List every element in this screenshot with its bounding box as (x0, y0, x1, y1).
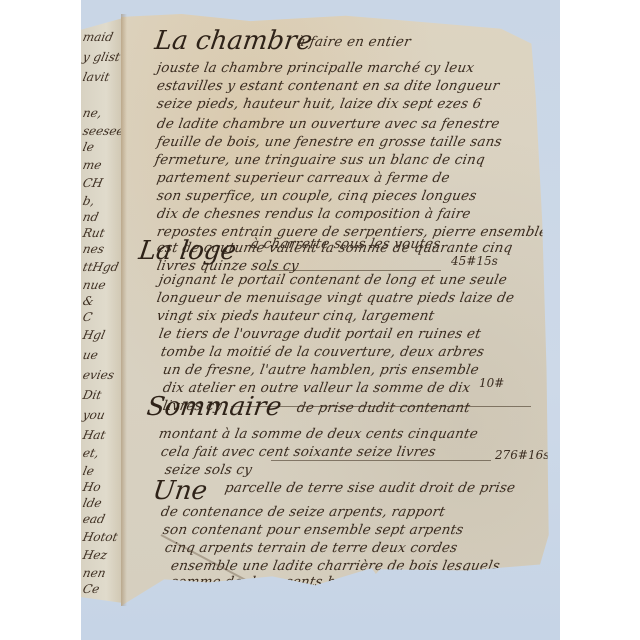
strip-line: & (82, 294, 96, 308)
strip-line: Ce (82, 582, 101, 596)
section-heading-une: Une (151, 476, 209, 506)
text-line: cela fait avec cent soixante seize livre… (160, 444, 437, 460)
strip-line: le (82, 464, 96, 478)
strip-line: C (82, 310, 94, 324)
text-line: le tiers de l'ouvrage dudit portail en r… (158, 326, 483, 342)
strip-line: ue (82, 348, 100, 362)
text-line: vingt six pieds hauteur cinq, largement (156, 308, 436, 324)
section-heading-chambre: La chambre (153, 26, 314, 56)
text-line: feuille de bois, une fenestre en grosse … (156, 134, 504, 150)
document-photo: maid y glist lavit ne, seesee le me CH b… (81, 0, 560, 640)
text-line: son contenant pour ensemble sept arpents (162, 522, 465, 538)
strip-line: lavit (82, 70, 111, 84)
text-line: jouste la chambre principalle marché cy … (156, 60, 476, 76)
amount: 276#16s (495, 448, 549, 462)
strip-line: Hgl (82, 328, 107, 342)
strip-line: Hez (82, 548, 109, 562)
strip-line: nd (82, 210, 100, 224)
fill-rule (271, 460, 491, 461)
amount: 208# (491, 566, 524, 580)
text-line: longueur de menuisage vingt quatre pieds… (156, 290, 516, 306)
text-line: seize pieds, hauteur huit, laize dix sep… (156, 96, 483, 112)
strip-line: le (82, 140, 96, 154)
text-line: partement superieur carreaux à ferme de (156, 170, 451, 186)
strip-line: nen (82, 566, 108, 580)
amount: 10# (479, 376, 504, 390)
text-line: à faire en entier (296, 34, 413, 50)
text-line: fermeture, une tringuaire sus un blanc d… (154, 152, 487, 168)
text-line: de ladite chambre un ouverture avec sa f… (156, 116, 501, 132)
manuscript-sheet: La chambre à faire en entier jouste la c… (121, 14, 553, 606)
strip-line: evies (82, 368, 116, 382)
strip-line: Rut (82, 226, 107, 240)
text-line: de prise dudit contenant (296, 400, 472, 416)
strip-line: seesee (82, 124, 126, 138)
text-line: joignant le portail contenant de long et… (158, 272, 509, 288)
section-heading-loge: La loge (137, 236, 238, 266)
strip-line: ttHgd (82, 260, 120, 274)
strip-line: b, (82, 194, 96, 208)
strip-line: nue (82, 278, 108, 292)
strip-line: Hotot (82, 530, 120, 544)
strip-line: nes (82, 242, 106, 256)
strip-line: lde (82, 496, 104, 510)
text-line: somme de deux cents huit livres cy (170, 574, 420, 590)
strip-line: Ho (82, 480, 103, 494)
text-line: un de fresne, l'autre hamblen, pris ense… (162, 362, 481, 378)
strip-line: you (82, 408, 107, 422)
strip-line: et, (82, 446, 101, 460)
strip-line: CH (82, 176, 105, 190)
amount: 45#15s (451, 254, 498, 268)
strip-line: ead (82, 512, 107, 526)
fold-shadow (121, 14, 127, 606)
strip-line: me (82, 158, 103, 172)
strip-line: y glist (82, 50, 122, 64)
folded-previous-page: maid y glist lavit ne, seesee le me CH b… (81, 18, 123, 603)
text-line: estavilles y estant contenant en sa dite… (156, 78, 501, 94)
strip-line: ne, (82, 106, 104, 120)
strip-line: maid (82, 30, 115, 44)
text-line: montant à la somme de deux cents cinquan… (158, 426, 480, 442)
text-line: dix de chesnes rendus la composition à f… (156, 206, 472, 222)
text-line: à charrette sous les voutes (250, 236, 442, 252)
text-line: parcelle de terre sise audit droit de pr… (224, 480, 517, 496)
text-line: tombe la moitié de la couverture, deux a… (160, 344, 486, 360)
text-line: de contenance de seize arpents, rapport (160, 504, 447, 520)
text-line: cinq arpents terrain de terre deux corde… (164, 540, 459, 556)
section-heading-sommaire: Sommaire (145, 392, 284, 422)
text-line: son superfice, un couple, cinq pieces lo… (156, 188, 478, 204)
strip-line: Dit (82, 388, 103, 402)
fill-rule (261, 270, 441, 271)
strip-line: Hat (82, 428, 107, 442)
